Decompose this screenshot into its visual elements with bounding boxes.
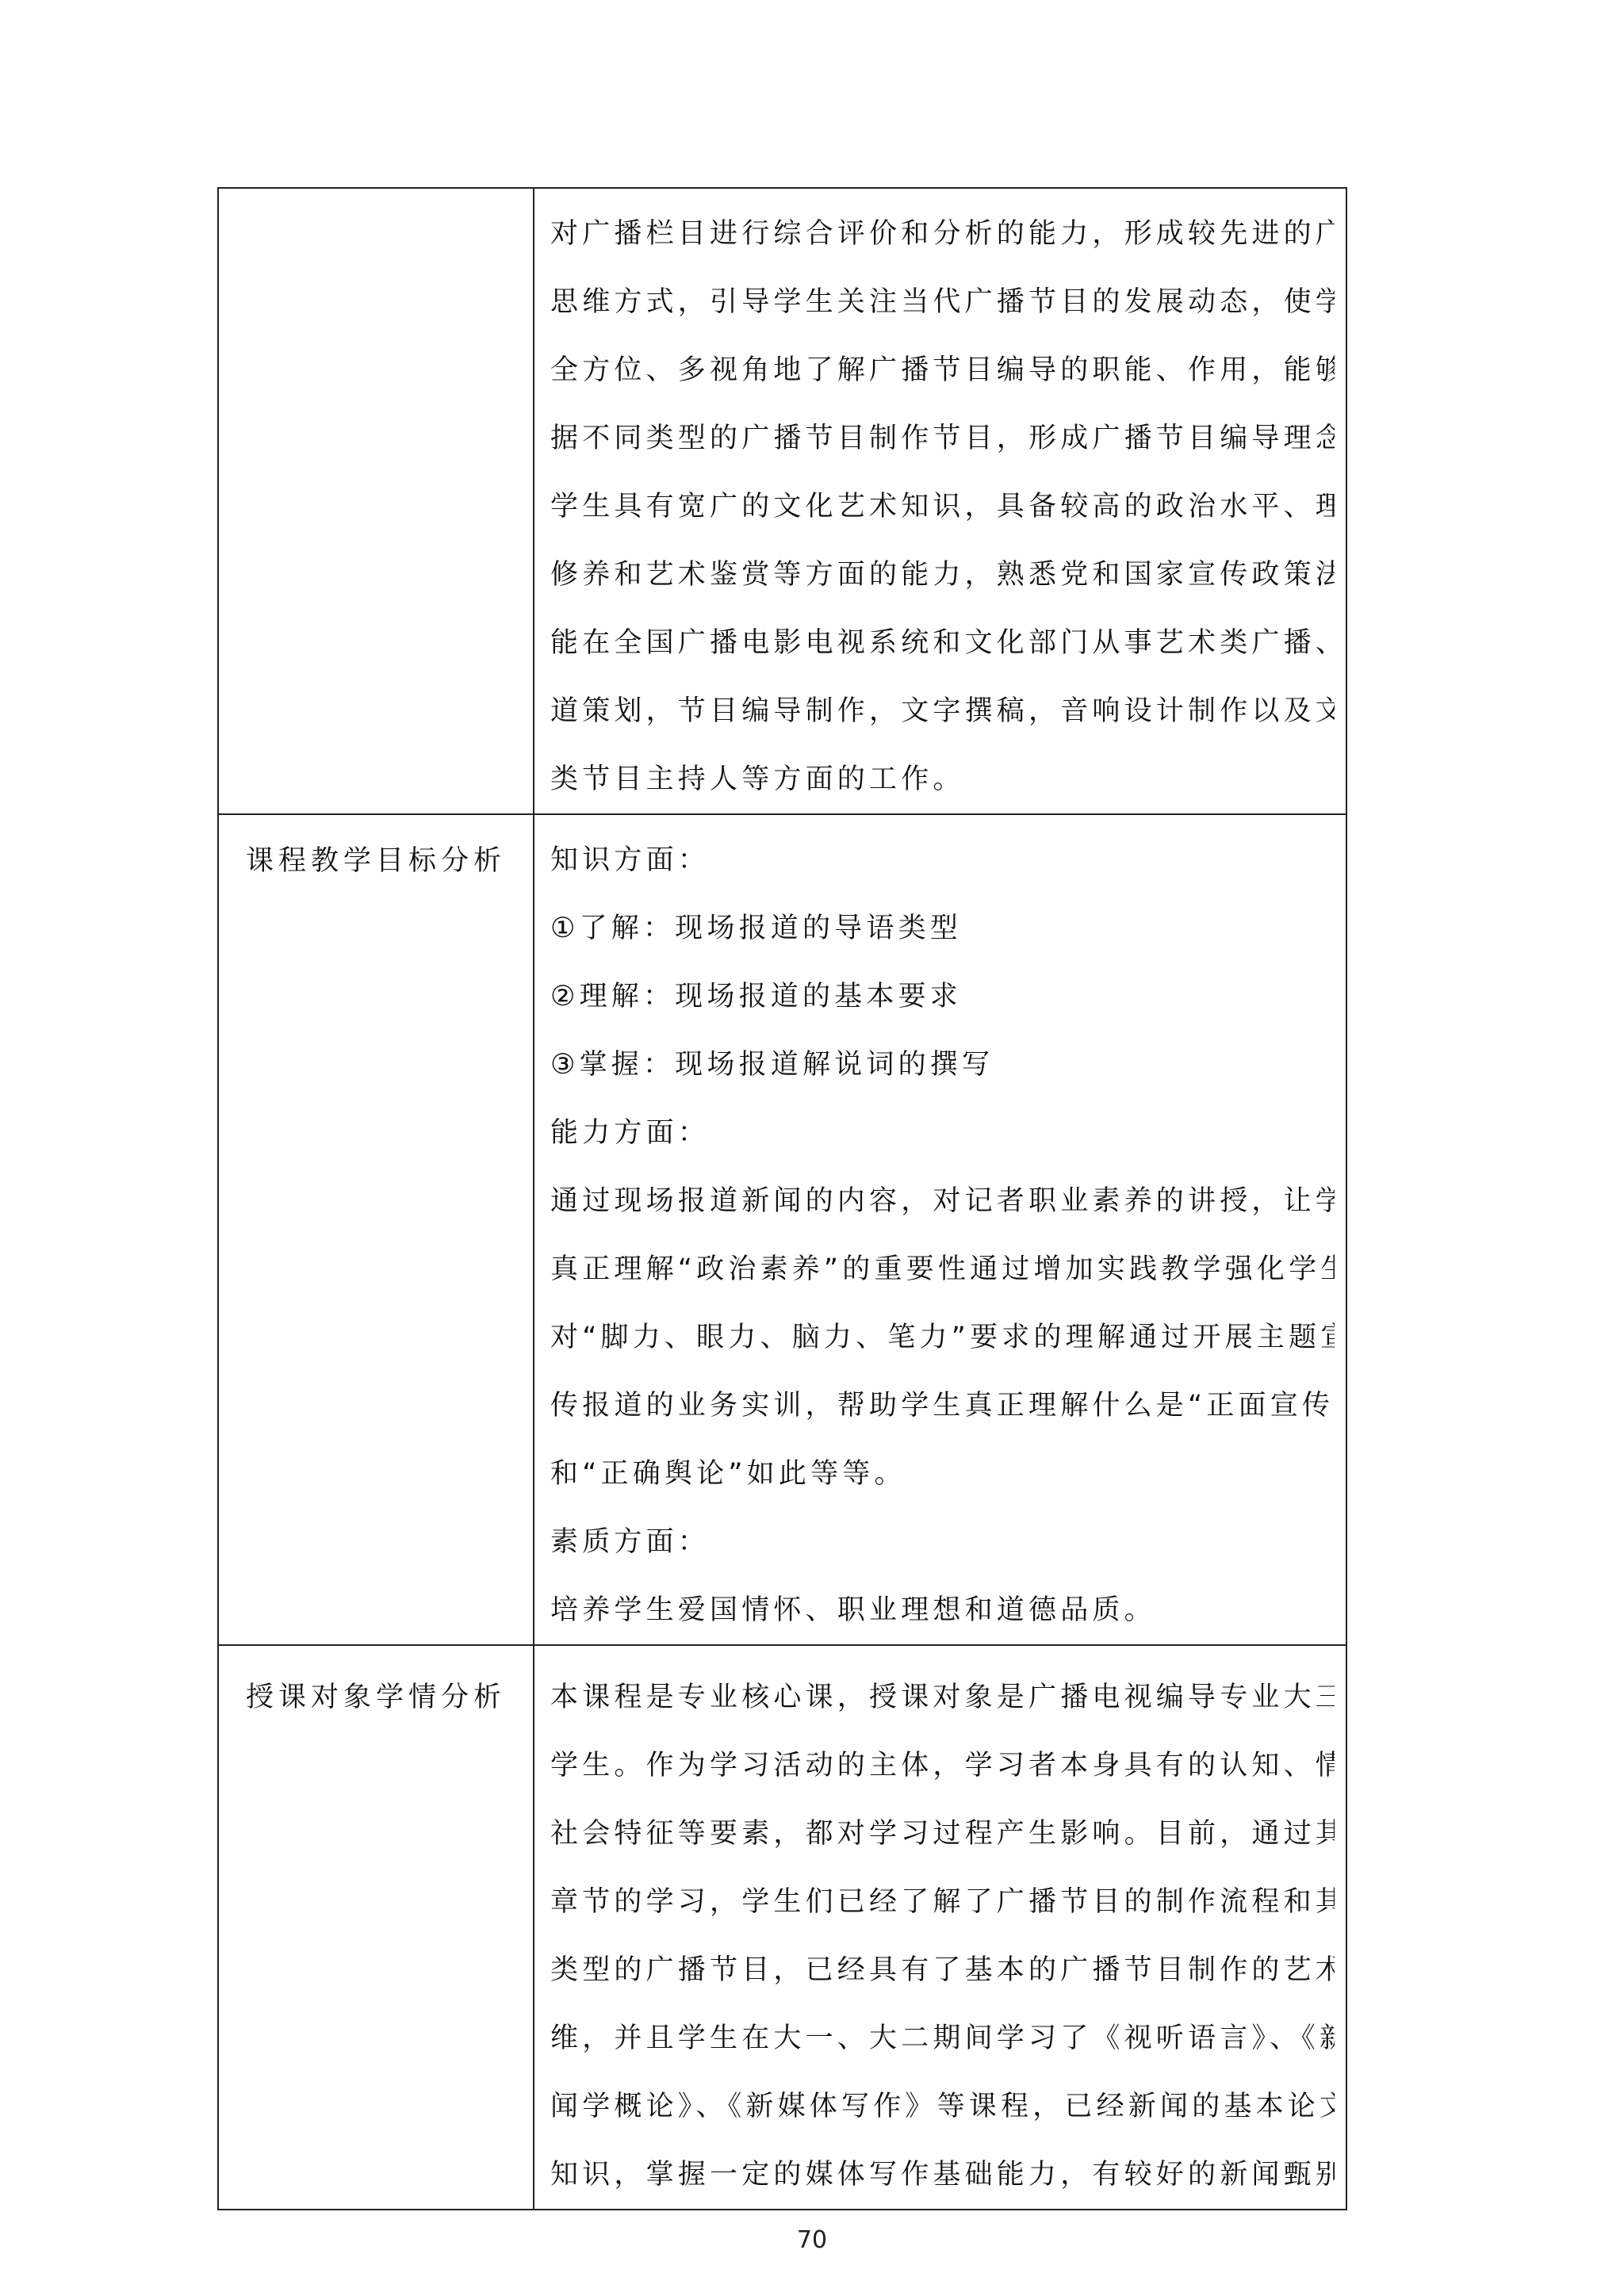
text-line: 学生具有宽广的文化艺术知识，具备较高的政治水平、理论 — [550, 473, 1335, 541]
text-line: 思维方式，引导学生关注当代广播节目的发展动态，使学生 — [550, 268, 1335, 336]
text-line: 传报道的业务实训，帮助学生真正理解什么是“正面宣传” — [550, 1372, 1335, 1440]
text-line: 能在全国广播电影电视系统和文化部门从事艺术类广播、频 — [550, 609, 1335, 677]
list-item: ③掌握：现场报道解说词的撰写 — [550, 1031, 1335, 1099]
row-label: 授课对象学情分析 — [219, 1663, 533, 1732]
text-line: 修养和艺术鉴赏等方面的能力，熟悉党和国家宣传政策法规， — [550, 541, 1335, 609]
table-row-learner-analysis: 授课对象学情分析 本课程是专业核心课，授课对象是广播电视编导专业大三的 学生。作… — [218, 1645, 1346, 2210]
text-line: 章节的学习，学生们已经了解了广播节目的制作流程和其他 — [550, 1868, 1335, 1936]
row-label: 课程教学目标分析 — [219, 827, 533, 895]
text-line: 知识，掌握一定的媒体写作基础能力，有较好的新闻甄别能 — [550, 2141, 1335, 2209]
row-content-cell: 对广播栏目进行综合评价和分析的能力，形成较先进的广播 思维方式，引导学生关注当代… — [534, 188, 1346, 814]
text-line: 和“正确舆论”如此等等。 — [550, 1440, 1335, 1508]
row-content-cell: 本课程是专业核心课，授课对象是广播电视编导专业大三的 学生。作为学习活动的主体，… — [534, 1645, 1346, 2210]
text-line: 维，并且学生在大一、大二期间学习了《视听语言》、《新 — [550, 2004, 1335, 2072]
list-item: ①了解：现场报道的导语类型 — [550, 894, 1335, 962]
text-line: 据不同类型的广播节目制作节目，形成广播节目编导理念。 — [550, 404, 1335, 473]
text-line: 对广播栏目进行综合评价和分析的能力，形成较先进的广播 — [550, 200, 1335, 268]
text-line: 闻学概论》、《新媒体写作》等课程，已经新闻的基本论文 — [550, 2072, 1335, 2141]
row-label-cell — [218, 188, 534, 814]
text-line: 真正理解“政治素养”的重要性通过增加实践教学强化学生 — [550, 1235, 1335, 1303]
text-line: 对“脚力、眼力、脑力、笔力”要求的理解通过开展主题宣 — [550, 1303, 1335, 1372]
document-page: 对广播栏目进行综合评价和分析的能力，形成较先进的广播 思维方式，引导学生关注当代… — [0, 0, 1624, 2296]
course-analysis-table: 对广播栏目进行综合评价和分析的能力，形成较先进的广播 思维方式，引导学生关注当代… — [217, 187, 1347, 2210]
text-line: 道策划，节目编导制作，文字撰稿，音响设计制作以及文艺 — [550, 677, 1335, 745]
text-line: 类节目主持人等方面的工作。 — [550, 745, 1335, 813]
section-heading-knowledge: 知识方面： — [550, 826, 1335, 894]
list-item: ②理解：现场报道的基本要求 — [550, 962, 1335, 1031]
section-heading-ability: 能力方面： — [550, 1099, 1335, 1167]
table-row-teaching-objectives: 课程教学目标分析 知识方面： ①了解：现场报道的导语类型 ②理解：现场报道的基本… — [218, 814, 1346, 1645]
text-line: 本课程是专业核心课，授课对象是广播电视编导专业大三的 — [550, 1663, 1335, 1732]
page-number: 70 — [0, 2226, 1624, 2254]
text-line: 通过现场报道新闻的内容，对记者职业素养的讲授，让学生 — [550, 1167, 1335, 1235]
text-line: 培养学生爱国情怀、职业理想和道德品质。 — [550, 1576, 1335, 1644]
text-line: 社会特征等要素，都对学习过程产生影响。目前，通过其他 — [550, 1800, 1335, 1868]
text-line: 全方位、多视角地了解广播节目编导的职能、作用，能够根 — [550, 336, 1335, 404]
row-label-cell: 课程教学目标分析 — [218, 814, 534, 1645]
text-line: 类型的广播节目，已经具有了基本的广播节目制作的艺术思 — [550, 1936, 1335, 2004]
table-row-objectives-continued: 对广播栏目进行综合评价和分析的能力，形成较先进的广播 思维方式，引导学生关注当代… — [218, 188, 1346, 814]
row-content-cell: 知识方面： ①了解：现场报道的导语类型 ②理解：现场报道的基本要求 ③掌握：现场… — [534, 814, 1346, 1645]
section-heading-quality: 素质方面： — [550, 1508, 1335, 1576]
row-label-cell: 授课对象学情分析 — [218, 1645, 534, 2210]
text-line: 学生。作为学习活动的主体，学习者本身具有的认知、情感、 — [550, 1732, 1335, 1800]
